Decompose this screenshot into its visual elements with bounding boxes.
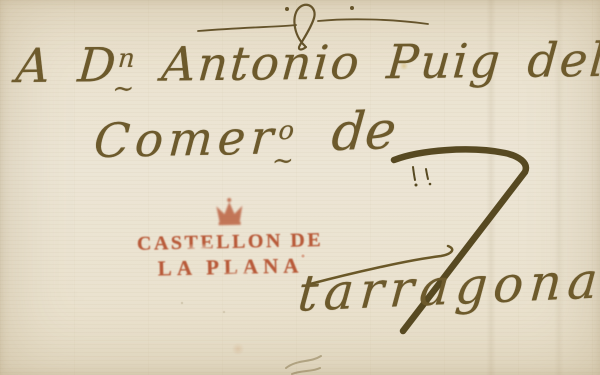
crown-icon xyxy=(133,194,326,232)
address-prefix: A D xyxy=(14,38,120,94)
commerce-word: Comer xyxy=(92,110,280,169)
connector-de: de xyxy=(329,101,398,163)
address-line-2: Comero~ xyxy=(92,110,300,169)
address-superscript-n: n xyxy=(117,44,136,74)
commerce-superscript-o: o xyxy=(278,116,296,146)
postmark-province-line: LA PLANA xyxy=(134,252,327,282)
addressee-name: Antonio Puig del xyxy=(160,33,600,93)
rate-mark-value: 7 xyxy=(455,200,486,256)
abbreviation-tilde: ~ xyxy=(111,74,137,104)
castellon-postmark: CASTELLON DE LA PLANA xyxy=(133,194,327,282)
bottom-ink-squiggle xyxy=(286,356,321,374)
destination-text: tarragona xyxy=(296,251,600,323)
address-line-1: A Dn~ Antonio Puig del xyxy=(14,33,600,94)
letter-cover: A Dn~ Antonio Puig del Comero~ de CASTEL… xyxy=(0,0,600,375)
abbreviation-tilde: ~ xyxy=(271,146,300,177)
